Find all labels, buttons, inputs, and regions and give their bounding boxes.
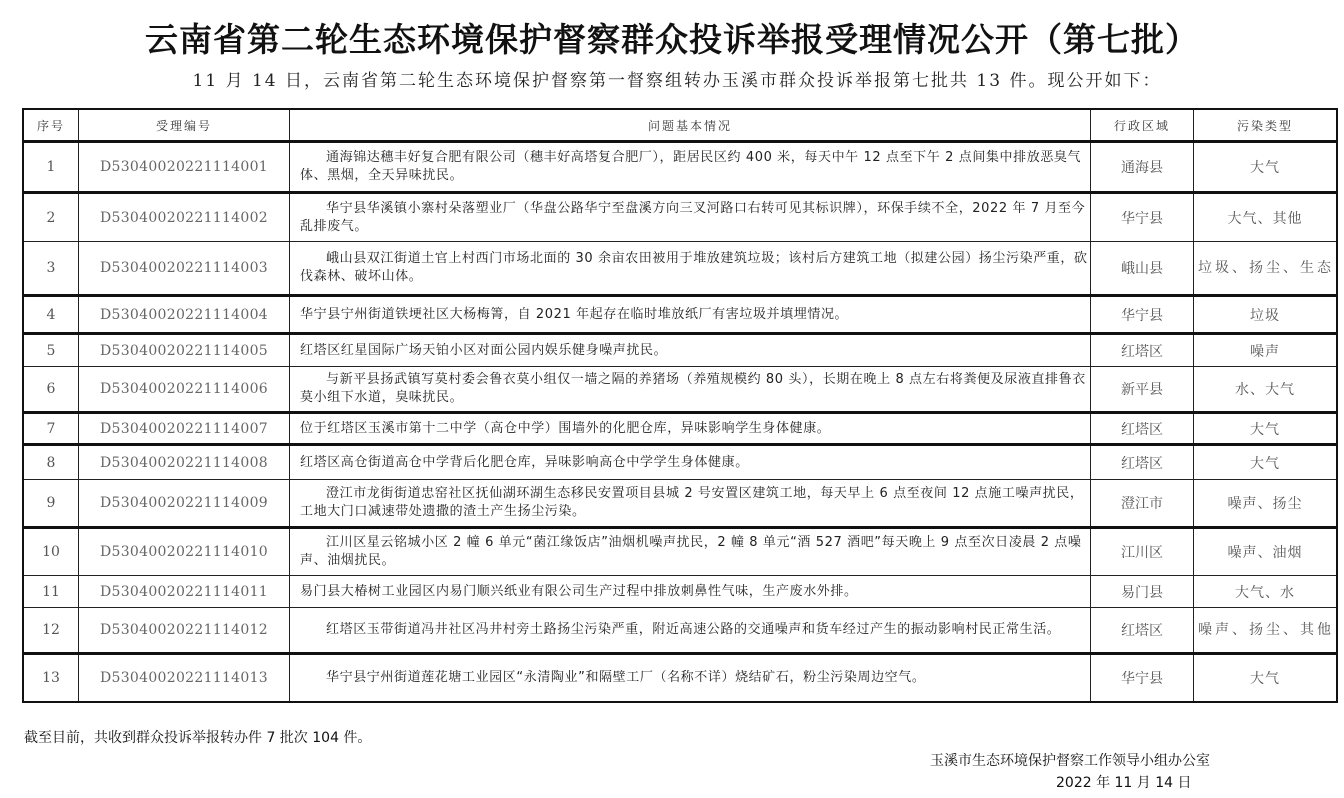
- table-row: 5 D53040020221114005 红塔区红星国际广场天铂小区对面公园内娱…: [23, 334, 1337, 367]
- row-id: D53040020221114008: [79, 445, 290, 480]
- row-region: 红塔区: [1091, 334, 1194, 367]
- row-id: D53040020221114005: [79, 334, 290, 367]
- row-desc: 与新平县扬武镇写莫村委会鲁衣莫小组仅一墙之隔的养猪场（养殖规模约 80 头），长…: [290, 367, 1091, 413]
- row-seq: 7: [23, 413, 79, 445]
- table-row: 2 D53040020221114002 华宁县华溪镇小寨村朵落塑业厂（华盘公路…: [23, 193, 1337, 242]
- row-seq: 8: [23, 445, 79, 480]
- header-id: 受理编号: [79, 109, 290, 142]
- row-id: D53040020221114012: [79, 608, 290, 654]
- signature-organization: 玉溪市生态环境保护督察工作领导小组办公室: [930, 750, 1210, 770]
- table-row: 11 D53040020221114011 易门县大椿树工业园区内易门顺兴纸业有…: [23, 576, 1337, 608]
- summary-note: 截至目前，共收到群众投诉举报转办件 7 批次 104 件。: [24, 727, 371, 747]
- document-subtitle: 11 月 14 日，云南省第二轮生态环境保护督察第一督察组转办玉溪市群众投诉举报…: [0, 66, 1344, 91]
- table-row: 8 D53040020221114008 红塔区高仓街道高仓中学背后化肥仓库，异…: [23, 445, 1337, 480]
- row-id: D53040020221114003: [79, 242, 290, 296]
- row-type: 大气: [1194, 413, 1338, 445]
- table-header-row: 序号 受理编号 问题基本情况 行政区域 污染类型: [23, 109, 1337, 142]
- row-id: D53040020221114011: [79, 576, 290, 608]
- row-id: D53040020221114001: [79, 142, 290, 193]
- row-type: 噪声、油烟: [1194, 528, 1338, 576]
- row-type: 大气: [1194, 142, 1338, 193]
- row-type: 噪声、扬尘: [1194, 480, 1338, 528]
- row-desc: 江川区星云铭城小区 2 幢 6 单元“菌江缘饭店”油烟机噪声扰民，2 幢 8 单…: [290, 528, 1091, 576]
- row-region: 峨山县: [1091, 242, 1194, 296]
- row-desc: 澄江市龙街街道忠窑社区抚仙湖环湖生态移民安置项目县城 2 号安置区建筑工地，每天…: [290, 480, 1091, 528]
- table-row: 6 D53040020221114006 与新平县扬武镇写莫村委会鲁衣莫小组仅一…: [23, 367, 1337, 413]
- row-desc: 华宁县华溪镇小寨村朵落塑业厂（华盘公路华宁至盘溪方向三叉河路口右转可见其标识牌）…: [290, 193, 1091, 242]
- row-region: 通海县: [1091, 142, 1194, 193]
- row-id: D53040020221114010: [79, 528, 290, 576]
- table-row: 3 D53040020221114003 峨山县双江街道土官上村西门市场北面的 …: [23, 242, 1337, 296]
- header-seq: 序号: [23, 109, 79, 142]
- table-row: 10 D53040020221114010 江川区星云铭城小区 2 幢 6 单元…: [23, 528, 1337, 576]
- row-type: 大气: [1194, 445, 1338, 480]
- row-id: D53040020221114007: [79, 413, 290, 445]
- row-seq: 11: [23, 576, 79, 608]
- document-title: 云南省第二轮生态环境保护督察群众投诉举报受理情况公开（第七批）: [0, 14, 1344, 61]
- row-region: 华宁县: [1091, 296, 1194, 334]
- table-row: 12 D53040020221114012 红塔区玉带街道冯井社区冯井村旁土路扬…: [23, 608, 1337, 654]
- row-region: 易门县: [1091, 576, 1194, 608]
- header-region: 行政区域: [1091, 109, 1194, 142]
- row-type: 噪声: [1194, 334, 1338, 367]
- row-type: 大气、水: [1194, 576, 1338, 608]
- row-type: 大气: [1194, 654, 1338, 702]
- row-seq: 1: [23, 142, 79, 193]
- row-seq: 10: [23, 528, 79, 576]
- row-id: D53040020221114009: [79, 480, 290, 528]
- row-seq: 13: [23, 654, 79, 702]
- row-type: 水、大气: [1194, 367, 1338, 413]
- row-desc: 华宁县宁州街道莲花塘工业园区“永清陶业”和隔壁工厂（名称不详）烧结矿石，粉尘污染…: [290, 654, 1091, 702]
- row-desc: 红塔区高仓街道高仓中学背后化肥仓库，异味影响高仓中学学生身体健康。: [290, 445, 1091, 480]
- row-desc: 峨山县双江街道土官上村西门市场北面的 30 余亩农田被用于堆放建筑垃圾；该村后方…: [290, 242, 1091, 296]
- row-type: 垃圾: [1194, 296, 1338, 334]
- row-seq: 12: [23, 608, 79, 654]
- row-seq: 9: [23, 480, 79, 528]
- row-desc: 红塔区红星国际广场天铂小区对面公园内娱乐健身噪声扰民。: [290, 334, 1091, 367]
- row-region: 红塔区: [1091, 445, 1194, 480]
- table-row: 9 D53040020221114009 澄江市龙街街道忠窑社区抚仙湖环湖生态移…: [23, 480, 1337, 528]
- row-desc: 易门县大椿树工业园区内易门顺兴纸业有限公司生产过程中排放刺鼻性气味，生产废水外排…: [290, 576, 1091, 608]
- row-type: 噪声、扬尘、其他: [1194, 608, 1338, 654]
- table-row: 7 D53040020221114007 位于红塔区玉溪市第十二中学（高仓中学）…: [23, 413, 1337, 445]
- table-row: 1 D53040020221114001 通海锦达穗丰好复合肥有限公司（穗丰好高…: [23, 142, 1337, 193]
- complaints-table: 序号 受理编号 问题基本情况 行政区域 污染类型 1 D530400202211…: [22, 108, 1338, 703]
- row-id: D53040020221114013: [79, 654, 290, 702]
- signature-date: 2022 年 11 月 14 日: [1056, 772, 1192, 792]
- row-type: 垃圾、扬尘、生态: [1194, 242, 1338, 296]
- row-region: 江川区: [1091, 528, 1194, 576]
- row-desc: 通海锦达穗丰好复合肥有限公司（穗丰好高塔复合肥厂），距居民区约 400 米，每天…: [290, 142, 1091, 193]
- row-id: D53040020221114004: [79, 296, 290, 334]
- row-desc: 华宁县宁州街道铁埂社区大杨梅箐，自 2021 年起存在临时堆放纸厂有害垃圾并填埋…: [290, 296, 1091, 334]
- row-region: 红塔区: [1091, 608, 1194, 654]
- row-seq: 5: [23, 334, 79, 367]
- row-region: 澄江市: [1091, 480, 1194, 528]
- row-seq: 6: [23, 367, 79, 413]
- row-region: 红塔区: [1091, 413, 1194, 445]
- row-desc: 位于红塔区玉溪市第十二中学（高仓中学）围墙外的化肥仓库，异味影响学生身体健康。: [290, 413, 1091, 445]
- table-row: 4 D53040020221114004 华宁县宁州街道铁埂社区大杨梅箐，自 2…: [23, 296, 1337, 334]
- row-region: 华宁县: [1091, 654, 1194, 702]
- row-region: 新平县: [1091, 367, 1194, 413]
- header-desc: 问题基本情况: [290, 109, 1091, 142]
- row-id: D53040020221114006: [79, 367, 290, 413]
- row-region: 华宁县: [1091, 193, 1194, 242]
- row-seq: 2: [23, 193, 79, 242]
- row-seq: 3: [23, 242, 79, 296]
- row-desc: 红塔区玉带街道冯井社区冯井村旁土路扬尘污染严重，附近高速公路的交通噪声和货车经过…: [290, 608, 1091, 654]
- table-row: 13 D53040020221114013 华宁县宁州街道莲花塘工业园区“永清陶…: [23, 654, 1337, 702]
- row-type: 大气、其他: [1194, 193, 1338, 242]
- header-type: 污染类型: [1194, 109, 1338, 142]
- row-id: D53040020221114002: [79, 193, 290, 242]
- row-seq: 4: [23, 296, 79, 334]
